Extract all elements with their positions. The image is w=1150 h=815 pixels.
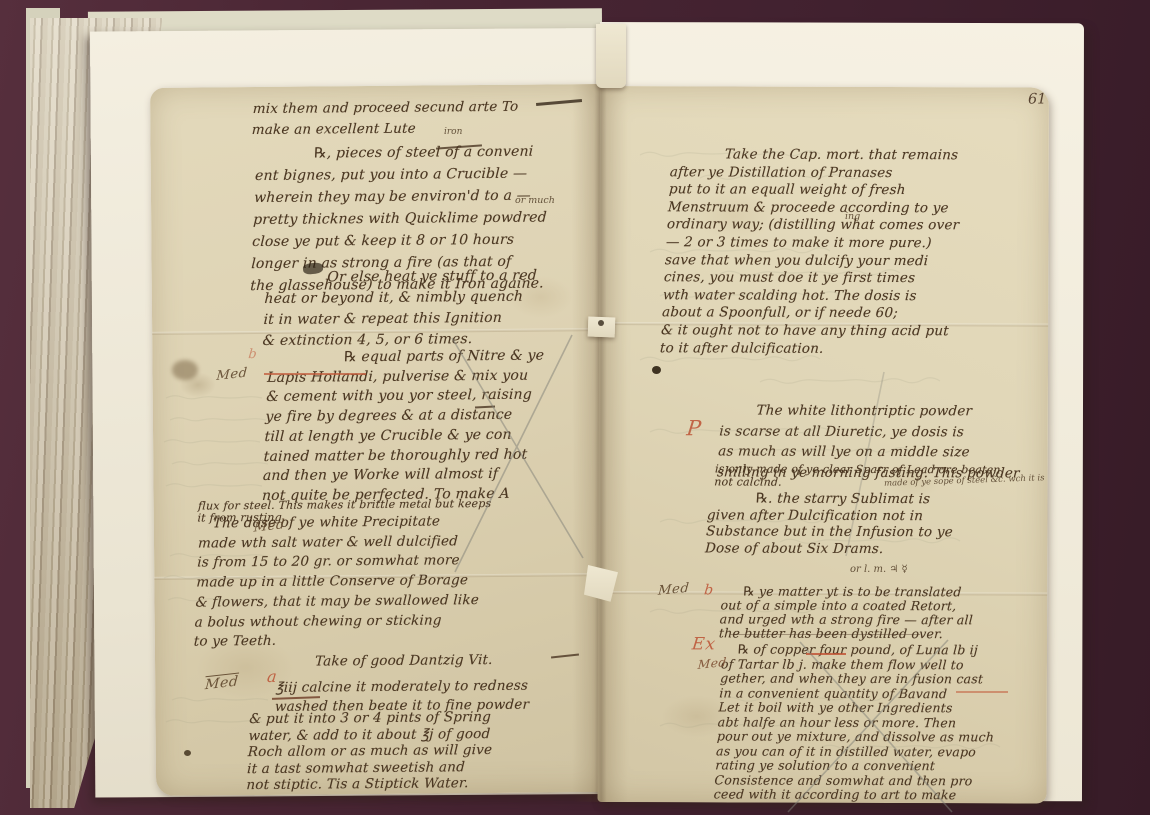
manuscript-page-left: mix them and proceed secund arte To make… <box>150 84 608 796</box>
repair-tab-top <box>596 24 626 88</box>
left-paragraph-stiptick-rest: & put it into 3 or 4 pints of Spring wat… <box>246 708 600 794</box>
ink-blot <box>598 320 604 326</box>
left-paragraph-precipitate: The dose of ye white Precipitate made wt… <box>193 511 551 652</box>
open-manuscript-book: mix them and proceed secund arte To make… <box>0 0 1150 815</box>
ink-blot <box>652 366 661 374</box>
margin-note-med-1: Med <box>216 366 248 384</box>
right-paragraph-capmort: Take the Cap. mort. that remains after y… <box>660 146 1020 358</box>
margin-red-mark-p: P <box>686 416 703 440</box>
underline-red-bavand <box>956 691 1008 693</box>
margin-red-mark-b-right: b <box>703 582 714 598</box>
underline-butter-line <box>730 634 920 635</box>
insertion-iron: iron <box>444 127 462 137</box>
left-paragraph-lute: mix them and proceed secund arte To make… <box>251 96 583 140</box>
right-paragraph-sublimat: ℞. the starry Sublimat is given after Du… <box>705 490 1049 558</box>
ink-blot <box>184 750 191 756</box>
manuscript-page-right: 61 Take the Cap. mort. that remains afte… <box>598 86 1049 804</box>
left-paragraph-nitre: ℞ equal parts of Nitre & ye Lapis Hollan… <box>262 346 609 507</box>
right-paragraph-copper: ℞ of copper four pound, of Luna lb ij of… <box>713 642 1067 803</box>
margin-red-mark-b-left: b <box>248 347 258 362</box>
margin-red-mark-a: a <box>266 667 277 686</box>
margin-red-mark-ex: Ex <box>691 634 717 654</box>
insertion-or-lm: or l. m. ♃ ☿ <box>850 564 908 575</box>
underline-red-copper <box>806 653 846 655</box>
underline-red-lapis <box>264 373 366 375</box>
margin-note-med-4: Med <box>657 581 689 599</box>
folio-number: 61 <box>1028 91 1047 107</box>
ink-smudge <box>172 360 198 380</box>
page-edge-stack-right <box>1076 0 1134 815</box>
insertion-or-much: or much <box>515 195 555 206</box>
left-paragraph-quench: Or else heat ye stuff to a red heat or b… <box>262 265 596 352</box>
left-paragraph-stiptick-line1: Take of good Dantzig Vit. <box>315 651 586 669</box>
insertion-ing: ing <box>845 211 860 222</box>
margin-note-med-3: Med <box>205 674 239 694</box>
